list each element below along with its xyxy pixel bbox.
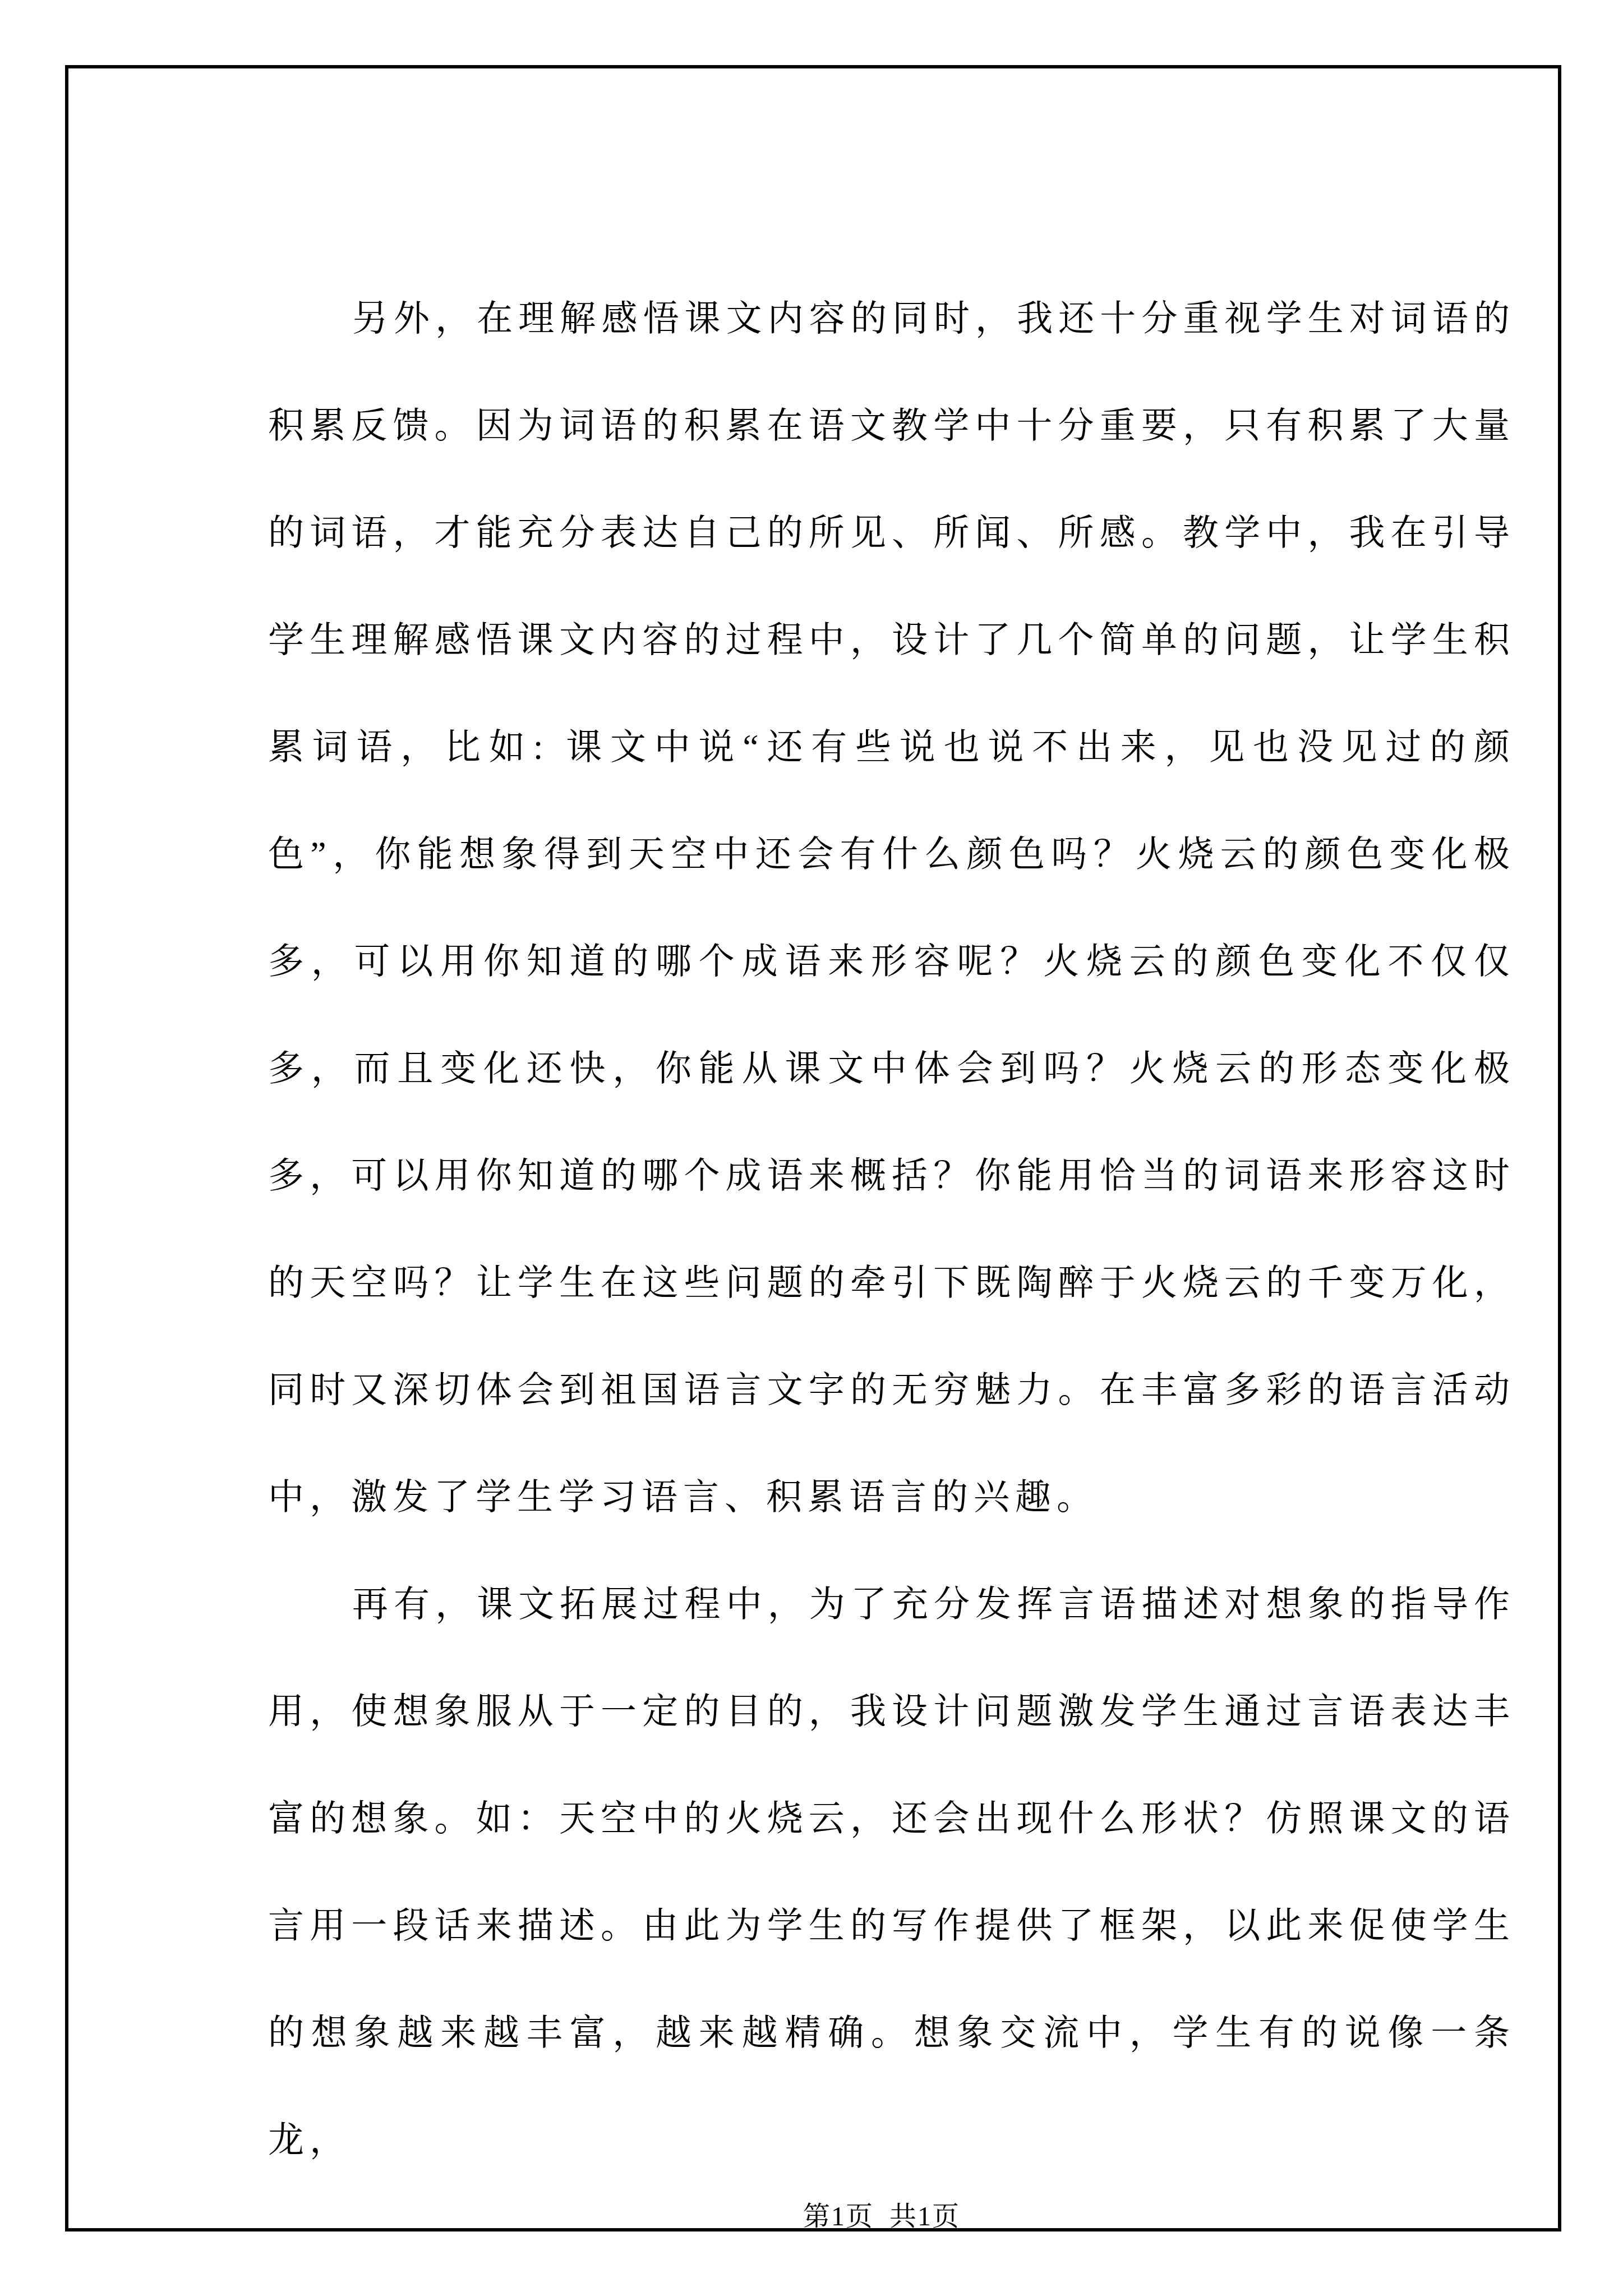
document-page: { "document": { "paragraphs": [ "另外，在理解感… (0, 0, 1623, 2296)
page-border-frame: 另外，在理解感悟课文内容的同时，我还十分重视学生对词语的积累反馈。因为词语的积累… (65, 65, 1561, 2231)
paragraph-2: 再有，课文拓展过程中，为了充分发挥言语描述对想象的指导作用，使想象服从于一定的目… (268, 1550, 1515, 2193)
page-footer: 第1页 共1页 (133, 2200, 1623, 2234)
paragraph-1: 另外，在理解感悟课文内容的同时，我还十分重视学生对词语的积累反馈。因为词语的积累… (268, 265, 1515, 1550)
document-content: 另外，在理解感悟课文内容的同时，我还十分重视学生对词语的积累反馈。因为词语的积累… (268, 265, 1515, 2193)
